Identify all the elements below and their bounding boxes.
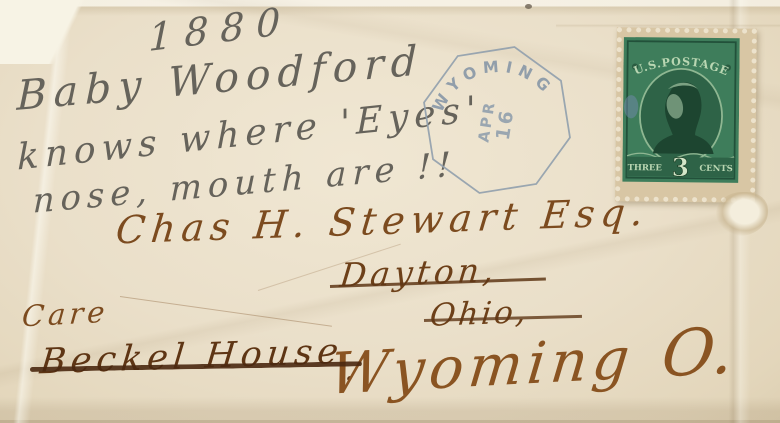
stamp-three-label: THREE — [628, 162, 663, 172]
care-label: Care — [21, 298, 110, 332]
destination-state-abbrev: O. — [658, 314, 739, 392]
stamp-denomination: 3 — [672, 153, 690, 182]
postmark-day: 16 — [493, 107, 519, 142]
envelope-photo: 1880 Baby Woodford knows where 'Eyes' no… — [0, 0, 780, 423]
ink-speck — [525, 4, 532, 9]
crossed-out-state: Ohio, — [428, 297, 530, 332]
postmark: WYOMING APR 16 — [406, 25, 588, 216]
postage-stamp: U.S.POSTAGE THREE 3 CENTS — [615, 27, 757, 202]
stamp-cents-label: CENTS — [699, 163, 732, 173]
crossed-out-city: Dayton, — [338, 253, 499, 292]
postmark-date: APR 16 — [475, 99, 519, 147]
